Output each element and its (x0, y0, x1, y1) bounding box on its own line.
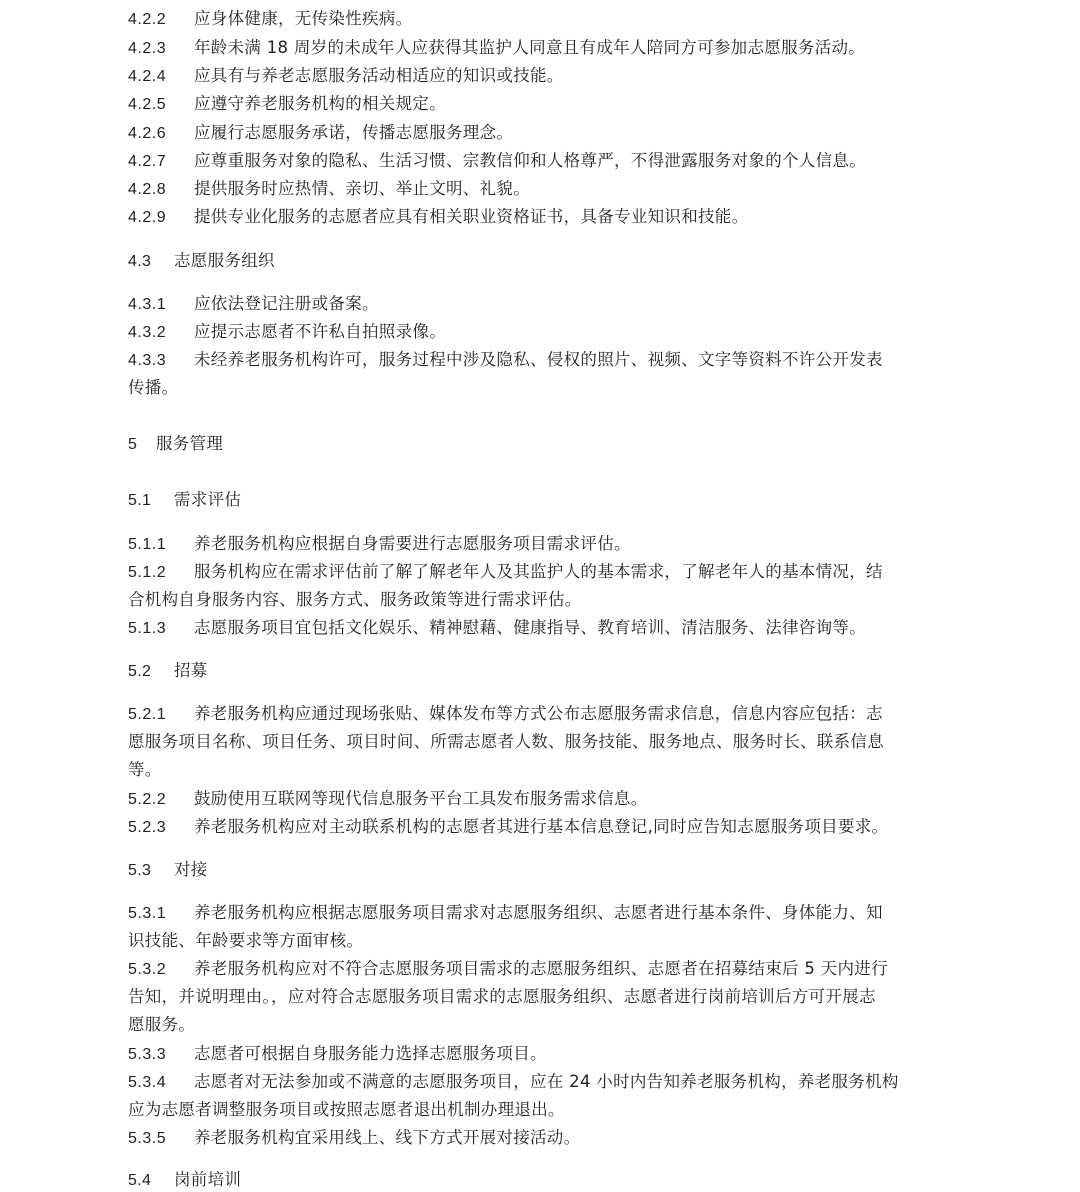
clause-number: 5.3.3 (128, 1045, 194, 1065)
section-number: 5.1 (128, 491, 174, 511)
clause-5-3-4: 5.3.4志愿者对无法参加或不满意的志愿服务项目，应在 24 小时内告知养老服务… (128, 1072, 978, 1093)
clause-text: 提供专业化服务的志愿者应具有相关职业资格证书，具备专业知识和技能。 (194, 207, 748, 226)
clause-5-2-1: 5.2.1养老服务机构应通过现场张贴、媒体发布等方式公布志愿服务需求信息，信息内… (128, 704, 978, 725)
clause-continuation: 等。 (128, 760, 162, 780)
clause-text: 应尊重服务对象的隐私、生活习惯、宗教信仰和人格尊严，不得泄露服务对象的个人信息。 (194, 151, 866, 170)
clause-4-2-9: 4.2.9提供专业化服务的志愿者应具有相关职业资格证书，具备专业知识和技能。 (128, 207, 978, 228)
clause-5-3-5: 5.3.5养老服务机构宜采用线上、线下方式开展对接活动。 (128, 1128, 978, 1149)
section-heading-5-4: 5.4岗前培训 (128, 1170, 978, 1191)
clause-4-3-3: 4.3.3未经养老服务机构许可，服务过程中涉及隐私、侵权的照片、视频、文字等资料… (128, 350, 978, 371)
clause-text: 服务机构应在需求评估前了解了解老年人及其监护人的基本需求，了解老年人的基本情况，… (194, 562, 883, 581)
clause-5-2-3: 5.2.3养老服务机构应对主动联系机构的志愿者其进行基本信息登记,同时应告知志愿… (128, 817, 978, 838)
clause-text: 应遵守养老服务机构的相关规定。 (194, 94, 446, 113)
clause-4-3-1: 4.3.1应依法登记注册或备案。 (128, 294, 978, 315)
section-title: 对接 (174, 860, 208, 879)
clause-number: 5.3.1 (128, 904, 194, 924)
clause-continuation: 识技能、年龄要求等方面审核。 (128, 931, 363, 951)
clause-number: 4.2.9 (128, 208, 194, 228)
section-title: 志愿服务组织 (174, 251, 275, 270)
clause-number: 4.2.5 (128, 95, 194, 115)
clause-number: 5.2.3 (128, 818, 194, 838)
clause-4-2-4: 4.2.4应具有与养老志愿服务活动相适应的知识或技能。 (128, 66, 978, 87)
clause-text: 养老服务机构应通过现场张贴、媒体发布等方式公布志愿服务需求信息，信息内容应包括：… (194, 704, 883, 723)
section-number: 5.2 (128, 662, 174, 682)
clause-number: 5.2.1 (128, 705, 194, 725)
clause-number: 5.1.3 (128, 619, 194, 639)
clause-text: 鼓励使用互联网等现代信息服务平台工具发布服务需求信息。 (194, 789, 648, 808)
clause-4-2-6: 4.2.6应履行志愿服务承诺，传播志愿服务理念。 (128, 123, 978, 144)
clause-text: 志愿者可根据自身服务能力选择志愿服务项目。 (194, 1044, 547, 1063)
clause-number: 4.2.8 (128, 180, 194, 200)
clause-number: 4.2.3 (128, 39, 194, 59)
chapter-title: 服务管理 (156, 434, 223, 453)
clause-number: 5.1.1 (128, 535, 194, 555)
clause-text: 应身体健康，无传染性疾病。 (194, 9, 412, 28)
clause-5-2-2: 5.2.2鼓励使用互联网等现代信息服务平台工具发布服务需求信息。 (128, 789, 978, 810)
section-heading-4-3: 4.3志愿服务组织 (128, 251, 978, 272)
section-number: 4.3 (128, 252, 174, 272)
clause-4-3-2: 4.3.2应提示志愿者不许私自拍照录像。 (128, 322, 978, 343)
section-title: 招募 (174, 661, 208, 680)
section-heading-5-2: 5.2招募 (128, 661, 978, 682)
clause-number: 5.3.4 (128, 1073, 194, 1093)
clause-text: 年龄未满 18 周岁的未成年人应获得其监护人同意且有成年人陪同方可参加志愿服务活… (194, 38, 865, 57)
clause-continuation: 应为志愿者调整服务项目或按照志愿者退出机制办理退出。 (128, 1100, 565, 1120)
clause-4-2-7: 4.2.7应尊重服务对象的隐私、生活习惯、宗教信仰和人格尊严，不得泄露服务对象的… (128, 151, 978, 172)
clause-4-2-2: 4.2.2应身体健康，无传染性疾病。 (128, 9, 978, 30)
clause-5-3-1: 5.3.1养老服务机构应根据志愿服务项目需求对志愿服务组织、志愿者进行基本条件、… (128, 903, 978, 924)
clause-4-2-3: 4.2.3年龄未满 18 周岁的未成年人应获得其监护人同意且有成年人陪同方可参加… (128, 38, 978, 59)
clause-number: 4.3.3 (128, 351, 194, 371)
clause-text: 养老服务机构应对不符合志愿服务项目需求的志愿服务组织、志愿者在招募结束后 5 天… (194, 959, 888, 978)
chapter-heading-5: 5服务管理 (128, 434, 978, 455)
clause-text: 养老服务机构应根据自身需要进行志愿服务项目需求评估。 (194, 534, 631, 553)
clause-continuation: 愿服务项目名称、项目任务、项目时间、所需志愿者人数、服务技能、服务地点、服务时长… (128, 732, 884, 752)
clause-text: 养老服务机构应根据志愿服务项目需求对志愿服务组织、志愿者进行基本条件、身体能力、… (194, 903, 883, 922)
clause-text: 未经养老服务机构许可，服务过程中涉及隐私、侵权的照片、视频、文字等资料不许公开发… (194, 350, 883, 369)
clause-text: 提供服务时应热情、亲切、举止文明、礼貌。 (194, 179, 530, 198)
section-heading-5-1: 5.1需求评估 (128, 490, 978, 511)
clause-number: 5.2.2 (128, 790, 194, 810)
section-number: 5.3 (128, 861, 174, 881)
clause-text: 应履行志愿服务承诺，传播志愿服务理念。 (194, 123, 513, 142)
clause-continuation: 传播。 (128, 378, 178, 398)
section-number: 5.4 (128, 1171, 174, 1191)
section-title: 岗前培训 (174, 1170, 241, 1189)
clause-number: 5.3.5 (128, 1129, 194, 1149)
clause-text: 志愿服务项目宜包括文化娱乐、精神慰藉、健康指导、教育培训、清洁服务、法律咨询等。 (194, 618, 866, 637)
clause-text: 志愿者对无法参加或不满意的志愿服务项目，应在 24 小时内告知养老服务机构，养老… (194, 1072, 899, 1091)
clause-number: 4.3.1 (128, 295, 194, 315)
clause-number: 4.2.4 (128, 67, 194, 87)
chapter-number: 5 (128, 435, 156, 455)
clause-4-2-5: 4.2.5应遵守养老服务机构的相关规定。 (128, 94, 978, 115)
document-page: 4.2.2应身体健康，无传染性疾病。 4.2.3年龄未满 18 周岁的未成年人应… (0, 0, 1080, 1192)
clause-continuation: 愿服务。 (128, 1015, 195, 1035)
clause-continuation: 合机构自身服务内容、服务方式、服务政策等进行需求评估。 (128, 590, 582, 610)
clause-number: 5.3.2 (128, 960, 194, 980)
clause-5-1-2: 5.1.2服务机构应在需求评估前了解了解老年人及其监护人的基本需求，了解老年人的… (128, 562, 978, 583)
clause-4-2-8: 4.2.8提供服务时应热情、亲切、举止文明、礼貌。 (128, 179, 978, 200)
clause-number: 4.2.7 (128, 152, 194, 172)
clause-5-3-2: 5.3.2养老服务机构应对不符合志愿服务项目需求的志愿服务组织、志愿者在招募结束… (128, 959, 978, 980)
clause-text: 养老服务机构宜采用线上、线下方式开展对接活动。 (194, 1128, 580, 1147)
clause-5-1-3: 5.1.3志愿服务项目宜包括文化娱乐、精神慰藉、健康指导、教育培训、清洁服务、法… (128, 618, 978, 639)
clause-text: 应具有与养老志愿服务活动相适应的知识或技能。 (194, 66, 564, 85)
clause-5-3-3: 5.3.3志愿者可根据自身服务能力选择志愿服务项目。 (128, 1044, 978, 1065)
section-title: 需求评估 (174, 490, 241, 509)
clause-number: 4.2.2 (128, 10, 194, 30)
clause-number: 4.3.2 (128, 323, 194, 343)
clause-text: 应依法登记注册或备案。 (194, 294, 379, 313)
clause-text: 养老服务机构应对主动联系机构的志愿者其进行基本信息登记,同时应告知志愿服务项目要… (194, 817, 888, 836)
clause-number: 4.2.6 (128, 124, 194, 144)
clause-number: 5.1.2 (128, 563, 194, 583)
clause-5-1-1: 5.1.1养老服务机构应根据自身需要进行志愿服务项目需求评估。 (128, 534, 978, 555)
section-heading-5-3: 5.3对接 (128, 860, 978, 881)
clause-text: 应提示志愿者不许私自拍照录像。 (194, 322, 446, 341)
clause-continuation: 告知，并说明理由。，应对符合志愿服务项目需求的志愿服务组织、志愿者进行岗前培训后… (128, 987, 876, 1007)
